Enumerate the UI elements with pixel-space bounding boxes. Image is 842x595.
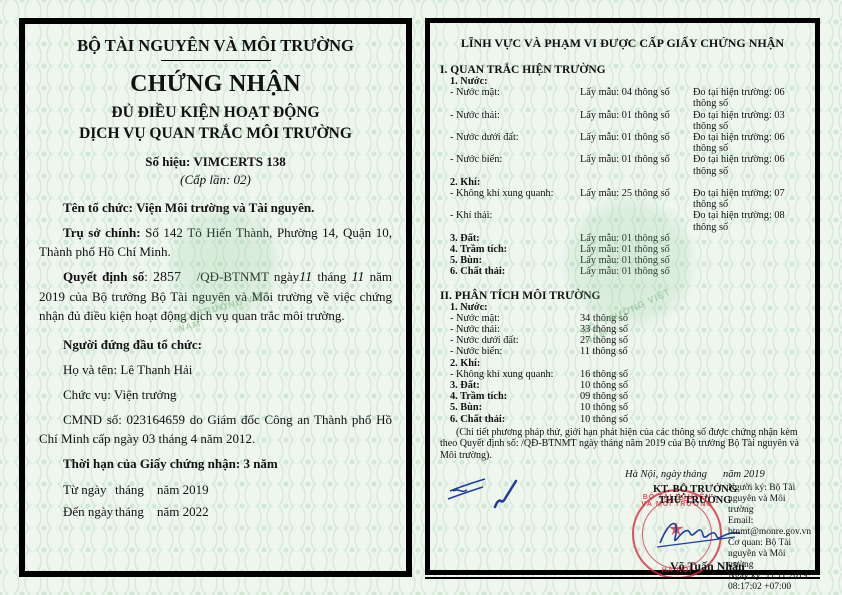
hq-label: Trụ sở chính:: [63, 225, 141, 240]
certificate-subtitle: ĐỦ ĐIỀU KIỆN HOẠT ĐỘNG DỊCH VỤ QUAN TRẮC…: [39, 102, 392, 144]
parameter-group: 5. Bùn:: [440, 255, 580, 266]
field-measurement-count: [693, 244, 805, 255]
parameter-group: - Nước mặt:: [440, 313, 580, 324]
field-monitoring-row: 3. Đất:Lấy mẫu: 01 thông số: [440, 233, 805, 244]
esig-line: Cơ quan: Bộ Tài: [728, 538, 811, 549]
esig-line: btnmt@monre.gov.vn: [728, 527, 811, 538]
issue-number: (Cấp lần: 02): [39, 172, 392, 188]
subtitle-line-1: ĐỦ ĐIỀU KIỆN HOẠT ĐỘNG: [39, 102, 392, 123]
analysis-count: 34 thông số: [580, 313, 693, 324]
head-id-card: CMND số: 023164659 do Giám đốc Công an T…: [39, 410, 392, 448]
headquarters: Trụ sở chính: Số 142 Tô Hiến Thành, Phườ…: [39, 223, 392, 261]
analysis-row: 6. Chất thải:10 thông số: [440, 414, 805, 425]
field-monitoring-row: - Nước mặt:Lấy mẫu: 04 thông sốĐo tại hi…: [440, 87, 805, 109]
parameter-group: - Nước dưới đất:: [440, 335, 580, 346]
analysis-count: [580, 358, 693, 369]
sampling-count: Lấy mẫu: 01 thông số: [580, 244, 693, 255]
analysis-row: - Không khí xung quanh:16 thông số: [440, 369, 805, 380]
parameter-group: - Khí thải:: [440, 210, 580, 232]
signature-block: Hà Nội, ngàythángnăm 2019 BỘ TÀI NGUYÊN …: [440, 461, 805, 581]
field-monitoring-row: - Nước thải:Lấy mẫu: 01 thông sốĐo tại h…: [440, 110, 805, 132]
field-monitoring-list: 1. Nước:- Nước mặt:Lấy mẫu: 04 thông sốĐ…: [440, 76, 805, 278]
field-measurement-count: [693, 266, 805, 277]
field-measurement-count: Đo tại hiện trường: 03 thông số: [693, 110, 805, 132]
validity-dates: Từ ngàythángnăm 2019 Đến ngàythángnăm 20…: [39, 479, 392, 523]
validity-period: Thời hạn của Giấy chứng nhận: 3 năm: [39, 454, 392, 473]
parameter-group: 3. Đất:: [440, 380, 580, 391]
head-label: Người đứng đầu tổ chức:: [39, 335, 392, 354]
analysis-count: 11 thông số: [580, 346, 693, 357]
valid-from: Từ ngàythángnăm 2019: [63, 479, 392, 501]
field-monitoring-row: 4. Trầm tích:Lấy mẫu: 01 thông số: [440, 244, 805, 255]
sampling-count: [580, 210, 693, 232]
parameter-group: 4. Trầm tích:: [440, 391, 580, 402]
analysis-row: 3. Đất:10 thông số: [440, 380, 805, 391]
sampling-count: Lấy mẫu: 01 thông số: [580, 233, 693, 244]
section-field-monitoring-heading: I. QUAN TRẮC HIỆN TRƯỜNG: [440, 64, 805, 76]
parameter-group: 2. Khí:: [440, 177, 580, 188]
analysis-count: 10 thông số: [580, 414, 693, 425]
from-year: năm 2019: [157, 479, 209, 501]
ministry-name: BỘ TÀI NGUYÊN VÀ MÔI TRƯỜNG: [39, 36, 392, 56]
parameter-group: 3. Đất:: [440, 233, 580, 244]
parameter-group: - Không khí xung quanh:: [440, 188, 580, 210]
analysis-count: 09 thông số: [580, 391, 693, 402]
field-monitoring-row: 1. Nước:: [440, 76, 805, 87]
to-year: năm 2022: [157, 501, 209, 523]
field-measurement-count: Đo tại hiện trường: 06 thông số: [693, 132, 805, 154]
parameter-group: - Nước dưới đất:: [440, 132, 580, 154]
analysis-count: 10 thông số: [580, 380, 693, 391]
certificate-scope-panel: MÔI TRƯỜNG VIỆT NAM LĨNH VỰC VÀ PHẠM VI …: [425, 18, 820, 575]
esig-line: 08:17:02 +07:00: [728, 582, 811, 593]
detail-note: (Chi tiết phương pháp thử, giới hạn phát…: [440, 427, 805, 462]
esig-line: nguyên và Môi trường: [728, 494, 811, 516]
place-date: Hà Nội, ngàythángnăm 2019: [625, 469, 765, 480]
subtitle-line-2: DỊCH VỤ QUAN TRẮC MÔI TRƯỜNG: [39, 123, 392, 144]
certificate-serial: Số hiệu: VIMCERTS 138: [39, 154, 392, 170]
field-measurement-count: [693, 76, 805, 87]
field-measurement-count: [693, 177, 805, 188]
analysis-row: - Nước dưới đất:27 thông số: [440, 335, 805, 346]
parameter-group: - Nước biển:: [440, 154, 580, 176]
sampling-count: Lấy mẫu: 01 thông số: [580, 132, 693, 154]
parameter-group: 4. Trầm tích:: [440, 244, 580, 255]
decision-label: Quyết định số: [63, 269, 144, 284]
organization-name: Tên tổ chức: Viện Môi trường và Tài nguy…: [39, 198, 392, 217]
field-measurement-count: Đo tại hiện trường: 07 thông số: [693, 188, 805, 210]
from-month: tháng: [115, 479, 157, 501]
field-measurement-count: [693, 255, 805, 266]
parameter-group: 1. Nước:: [440, 76, 580, 87]
field-measurement-count: Đo tại hiện trường: 08 thông số: [693, 210, 805, 232]
analysis-count: 27 thông số: [580, 335, 693, 346]
field-monitoring-row: - Nước dưới đất:Lấy mẫu: 01 thông sốĐo t…: [440, 132, 805, 154]
digital-signature-info: Người ký: Bộ Tàinguyên và Môi trườngEmai…: [728, 483, 811, 593]
field-monitoring-row: 6. Chất thải:Lấy mẫu: 01 thông số: [440, 266, 805, 277]
parameter-group: - Nước mặt:: [440, 87, 580, 109]
field-monitoring-row: - Không khí xung quanh:Lấy mẫu: 25 thông…: [440, 188, 805, 210]
certificate-title: CHỨNG NHẬN: [39, 71, 392, 98]
analysis-row: 5. Bùn:10 thông số: [440, 402, 805, 413]
to-label: Đến ngày: [63, 501, 115, 523]
to-month: tháng: [115, 501, 157, 523]
sampling-count: Lấy mẫu: 04 thông số: [580, 87, 693, 109]
esig-line: Email:: [728, 516, 811, 527]
parameter-group: 1. Nước:: [440, 302, 580, 313]
decision-code: /QĐ-BTNMT ngày: [197, 269, 299, 284]
analysis-row: 4. Trầm tích:09 thông số: [440, 391, 805, 402]
valid-to: Đến ngàythángnăm 2022: [63, 501, 392, 523]
analysis-count: 33 thông số: [580, 324, 693, 335]
field-measurement-count: Đo tại hiện trường: 06 thông số: [693, 87, 805, 109]
parameter-group: - Không khí xung quanh:: [440, 369, 580, 380]
analysis-row: - Nước biển:11 thông số: [440, 346, 805, 357]
place-label: Hà Nội, ngày: [625, 469, 683, 480]
parameter-group: 5. Bùn:: [440, 402, 580, 413]
field-measurement-count: [693, 233, 805, 244]
from-label: Từ ngày: [63, 479, 115, 501]
date-month: tháng: [683, 469, 723, 480]
field-measurement-count: Đo tại hiện trường: 06 thông số: [693, 154, 805, 176]
org-value: Viện Môi trường và Tài nguyên.: [136, 200, 314, 215]
certificate-front-panel: MÔI TRƯỜNG VIỆT NAM BỘ TÀI NGUYÊN VÀ MÔI…: [19, 18, 412, 577]
sampling-count: Lấy mẫu: 01 thông số: [580, 255, 693, 266]
field-monitoring-row: 5. Bùn:Lấy mẫu: 01 thông số: [440, 255, 805, 266]
head-name: Họ và tên: Lê Thanh Hải: [39, 360, 392, 379]
month-word: tháng: [317, 269, 346, 284]
ministry-underline: [161, 60, 271, 61]
analysis-count: [580, 302, 693, 313]
sampling-count: Lấy mẫu: 01 thông số: [580, 154, 693, 176]
sampling-count: Lấy mẫu: 01 thông số: [580, 110, 693, 132]
decision-month: 11: [351, 270, 364, 285]
sampling-count: [580, 177, 693, 188]
analysis-row: - Nước thải:33 thông số: [440, 324, 805, 335]
parameter-group: 2. Khí:: [440, 358, 580, 369]
esig-line: Người ký: Bộ Tài: [728, 483, 811, 494]
initials-signature-icon: [445, 469, 555, 514]
decision-info: Quyết định số: 2857 /QĐ-BTNMT ngày11 thá…: [39, 267, 392, 325]
signer-name: Võ Tuấn Nhân: [670, 559, 745, 574]
analysis-row: 2. Khí:: [440, 358, 805, 369]
decision-body: của Bộ trưởng Bộ Tài nguyên và Môi trườn…: [39, 289, 392, 323]
analysis-row: 1. Nước:: [440, 302, 805, 313]
head-position: Chức vụ: Viện trưởng: [39, 385, 392, 404]
field-monitoring-row: 2. Khí:: [440, 177, 805, 188]
sampling-count: [580, 76, 693, 87]
decision-day: 11: [299, 270, 312, 285]
decision-number: 2857: [153, 270, 181, 285]
analysis-list: 1. Nước:- Nước mặt:34 thông số- Nước thả…: [440, 302, 805, 425]
org-label: Tên tổ chức:: [63, 200, 133, 215]
analysis-row: - Nước mặt:34 thông số: [440, 313, 805, 324]
sampling-count: Lấy mẫu: 01 thông số: [580, 266, 693, 277]
parameter-group: 6. Chất thải:: [440, 266, 580, 277]
field-monitoring-row: - Khí thải:Đo tại hiện trường: 08 thông …: [440, 210, 805, 232]
analysis-count: 10 thông số: [580, 402, 693, 413]
parameter-group: - Nước biển:: [440, 346, 580, 357]
section-analysis-heading: II. PHÂN TÍCH MÔI TRƯỜNG: [440, 290, 805, 302]
analysis-count: 16 thông số: [580, 369, 693, 380]
date-year: năm 2019: [723, 469, 765, 480]
parameter-group: - Nước thải:: [440, 324, 580, 335]
sampling-count: Lấy mẫu: 25 thông số: [580, 188, 693, 210]
scope-title: LĨNH VỰC VÀ PHẠM VI ĐƯỢC CẤP GIẤY CHỨNG …: [440, 36, 805, 51]
parameter-group: 6. Chất thải:: [440, 414, 580, 425]
field-monitoring-row: - Nước biển:Lấy mẫu: 01 thông sốĐo tại h…: [440, 154, 805, 176]
parameter-group: - Nước thải:: [440, 110, 580, 132]
